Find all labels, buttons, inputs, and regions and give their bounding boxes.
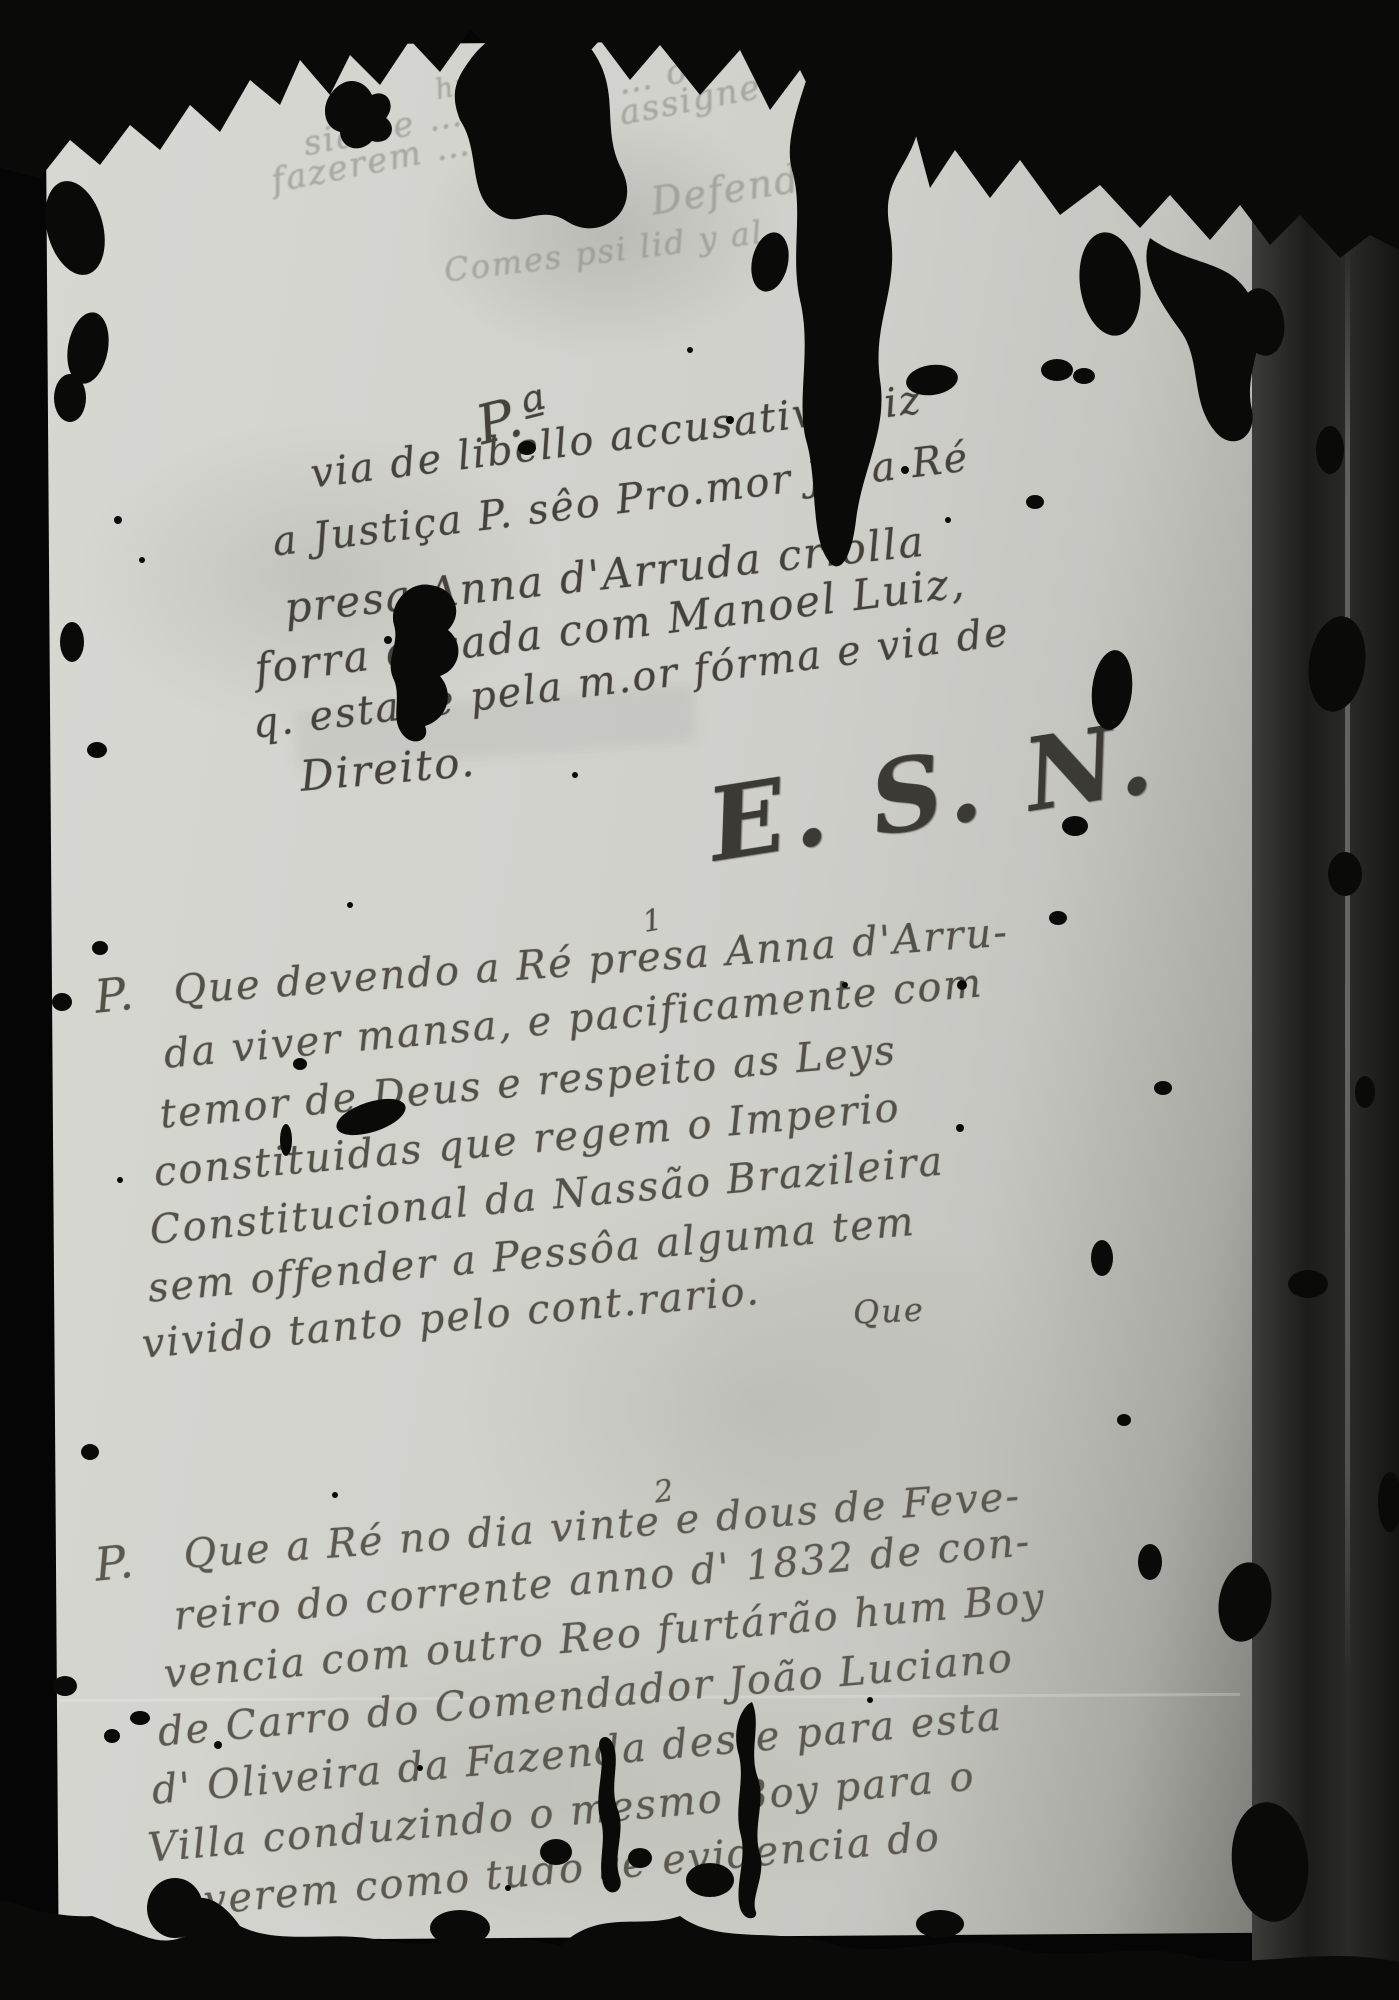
flourish-mark: M [792,216,871,301]
manuscript-scan: hu q. sia de … myse o … o fazerem … dizy… [0,0,1399,2000]
book-binding-shadow [1252,0,1399,2000]
article-initial: P. [92,1534,138,1592]
article-initial: P. [92,966,138,1024]
catchword: Que [852,1290,926,1332]
spine-highlight [1345,240,1350,1680]
